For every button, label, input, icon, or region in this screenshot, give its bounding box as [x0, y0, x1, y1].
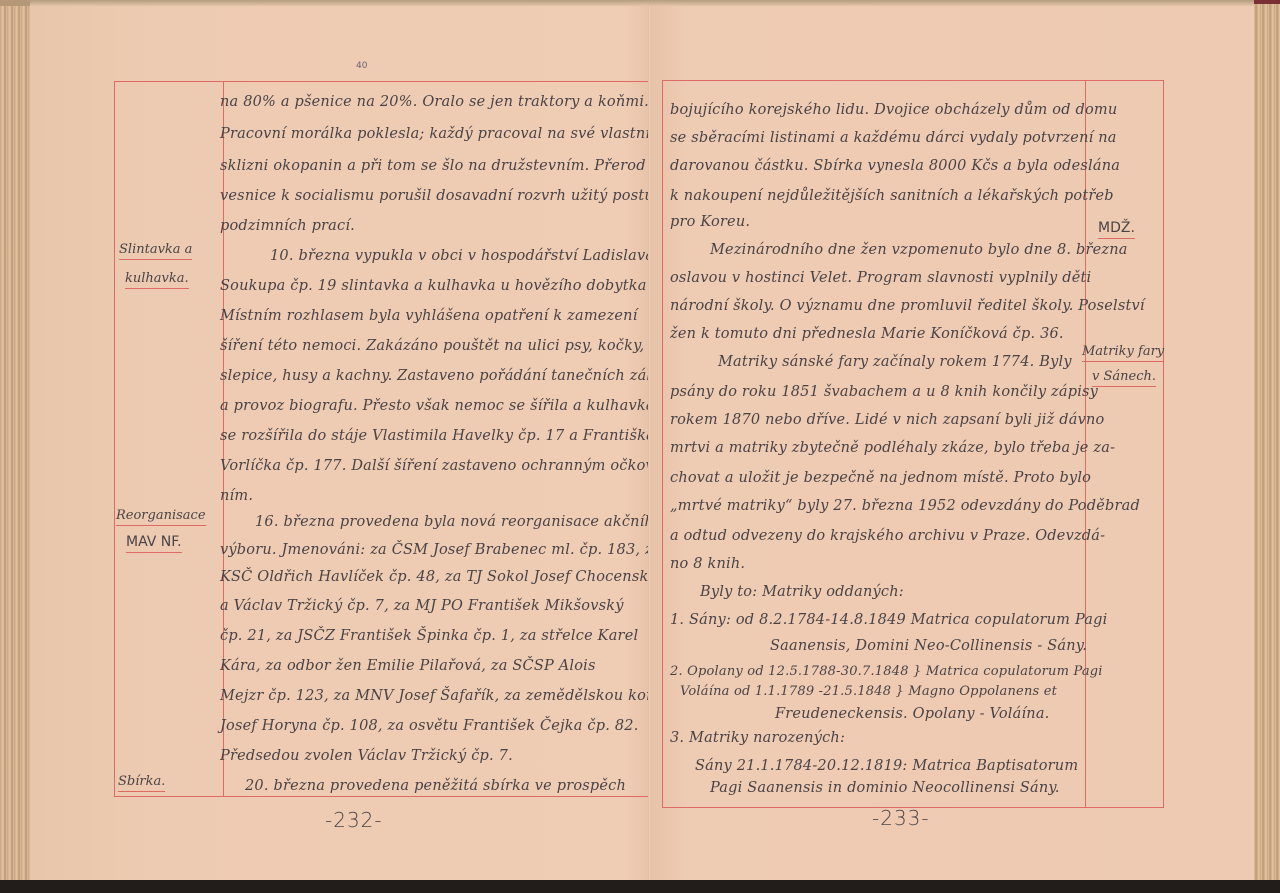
- page-number-left: -232-: [325, 808, 383, 832]
- text-line: Matriky sánské fary začínaly rokem 1774.…: [718, 354, 1072, 370]
- text-line: 16. března provedena byla nová reorganis…: [255, 514, 663, 530]
- text-line: se rozšířila do stáje Vlastimila Havelky…: [220, 428, 655, 444]
- text-line: a Václav Tržický čp. 7, za MJ PO Františ…: [220, 598, 624, 614]
- text-line: Saanensis, Domini Neo-Collinensis - Sány…: [770, 638, 1087, 654]
- text-line: Sány 21.1.1784-20.12.1819: Matrica Bapti…: [695, 758, 1078, 774]
- text-line: výboru. Jmenováni: za ČSM Josef Brabenec…: [220, 542, 662, 558]
- text-line: 10. března vypukla v obci v hospodářství…: [270, 248, 654, 264]
- text-line: 20. března provedena peněžitá sbírka ve …: [245, 778, 626, 794]
- margin-note-mav-nf: MAV NF.: [126, 534, 182, 553]
- text-line: se sběracími listinami a každému dárci v…: [670, 130, 1117, 146]
- margin-note-matriky-fary: Matriky fary: [1082, 344, 1164, 362]
- text-line: slepice, husy a kachny. Zastaveno pořádá…: [220, 368, 673, 384]
- text-line: Pracovní morálka poklesla; každý pracova…: [220, 126, 650, 142]
- text-line: Místním rozhlasem byla vyhlášena opatřen…: [220, 308, 638, 324]
- text-line: bojujícího korejského lidu. Dvojice obch…: [670, 102, 1117, 118]
- text-line: 2. Opolany od 12.5.1788-30.7.1848 } Matr…: [670, 664, 1103, 679]
- text-line: mrtvi a matriky zbytečně podléhaly zkáze…: [670, 440, 1115, 456]
- text-line: rokem 1870 nebo dříve. Lidé v nich zapsa…: [670, 412, 1104, 428]
- right-page-stack-edge: [1254, 0, 1280, 884]
- text-line: sklizni okopanin a při tom se šlo na dru…: [220, 158, 646, 174]
- text-line: Kára, za odbor žen Emilie Pilařová, za S…: [220, 658, 596, 674]
- text-line: čp. 21, za JSČZ František Špinka čp. 1, …: [220, 628, 638, 644]
- text-line: šíření této nemoci. Zakázáno pouštět na …: [220, 338, 644, 354]
- text-line: Mejzr čp. 123, za MNV Josef Šafařík, za …: [220, 688, 677, 704]
- text-line: Mezinárodního dne žen vzpomenuto bylo dn…: [710, 242, 1128, 258]
- page-number-right: -233-: [872, 806, 930, 830]
- text-line: „mrtvé matriky“ byly 27. března 1952 ode…: [670, 498, 1140, 514]
- text-line: no 8 knih.: [670, 556, 745, 572]
- text-line: KSČ Oldřich Havlíček čp. 48, za TJ Sokol…: [220, 569, 717, 585]
- text-line: Voláína od 1.1.1789 -21.5.1848 } Magno O…: [680, 684, 1057, 699]
- text-line: darovanou částku. Sbírka vynesla 8000 Kč…: [670, 158, 1120, 174]
- text-line: k nakoupení nejdůležitějších sanitních a…: [670, 188, 1114, 204]
- text-line: 3. Matriky narozených:: [670, 730, 845, 746]
- pencil-annotation: 40: [356, 61, 367, 71]
- text-line: žen k tomuto dni přednesla Marie Koníčko…: [670, 326, 1064, 342]
- left-page-stack-edge: [0, 0, 30, 886]
- text-line: národní školy. O významu dne promluvil ř…: [670, 298, 1145, 314]
- margin-note-reorganisace: Reorganisace: [116, 508, 206, 526]
- text-line: Soukupa čp. 19 slintavka a kulhavka u ho…: [220, 278, 651, 294]
- scan-background-edge: [0, 880, 1280, 893]
- left-page: 40 Slintavka a kulhavka. Reorganisace MA…: [30, 6, 650, 880]
- text-line: pro Koreu.: [670, 214, 750, 230]
- margin-note-slintavka: Slintavka a: [119, 242, 192, 260]
- margin-note-v-sanech: v Sánech.: [1092, 369, 1156, 387]
- book-spread: 40 Slintavka a kulhavka. Reorganisace MA…: [0, 0, 1280, 880]
- text-line: ním.: [220, 488, 253, 504]
- text-line: Josef Horyna čp. 108, za osvětu Františe…: [220, 718, 639, 734]
- text-line: oslavou v hostinci Velet. Program slavno…: [670, 270, 1091, 286]
- text-line: 1. Sány: od 8.2.1784-14.8.1849 Matrica c…: [670, 612, 1107, 628]
- right-page: MDŽ. Matriky fary v Sánech. bojujícího k…: [650, 6, 1254, 880]
- text-line: a odtud odvezeny do krajského archivu v …: [670, 528, 1105, 544]
- text-line: vesnice k socialismu porušil dosavadní r…: [220, 188, 663, 204]
- text-line: Pagi Saanensis in dominio Neocollinensi …: [710, 780, 1060, 796]
- margin-note-kulhavka: kulhavka.: [125, 271, 189, 289]
- margin-note-mdz: MDŽ.: [1098, 220, 1135, 239]
- text-line: Byly to: Matriky oddaných:: [700, 584, 904, 600]
- text-line: Předsedou zvolen Václav Tržický čp. 7.: [220, 748, 513, 764]
- text-line: chovat a uložit je bezpečně na jednom mí…: [670, 470, 1091, 486]
- text-line: podzimních prací.: [220, 218, 355, 234]
- text-line: psány do roku 1851 švabachem a u 8 knih …: [670, 384, 1098, 400]
- margin-note-sbirka: Sbírka.: [118, 774, 165, 792]
- text-line: a provoz biografu. Přesto však nemoc se …: [220, 398, 655, 414]
- text-line: Vorlíčka čp. 177. Další šíření zastaveno…: [220, 458, 668, 474]
- text-line: na 80% a pšenice na 20%. Oralo se jen tr…: [220, 94, 649, 110]
- text-line: Freudeneckensis. Opolany - Voláína.: [775, 706, 1049, 722]
